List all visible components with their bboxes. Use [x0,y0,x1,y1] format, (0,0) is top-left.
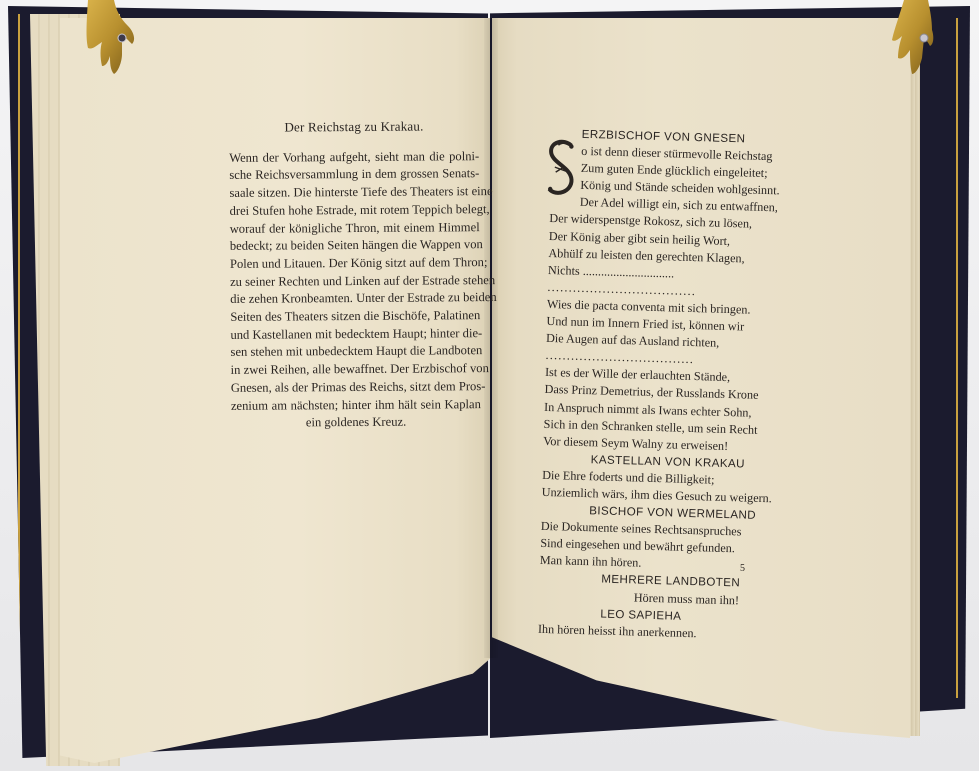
text-line: saale sitzen. Die hinterste Tiefe des Th… [229,183,479,202]
text-line: in zwei Reihen, alle bewaffnet. Der Erzb… [231,360,481,379]
right-page-text: Erzbischof von Gnesen o ist denn dieser … [538,125,782,644]
text-line: Seiten des Theaters sitzen die Bischöfe,… [230,307,480,326]
text-line: Wenn der Vorhang aufgeht, sieht man die … [229,148,479,167]
left-page-text: Der Reichstag zu Krakau. Wenn der Vorhan… [229,117,481,433]
text-line: drei Stufen hohe Estrade, mit rotem Tepp… [229,201,479,220]
text-line: zu seiner Rechten und Linken auf der Est… [230,272,480,291]
text-line: die zehen Kronbeamten. Unter der Estrade… [230,289,480,308]
text-line: Gnesen, als der Primas des Reichs, sitzt… [231,378,481,397]
book-photo: Der Reichstag zu Krakau. Wenn der Vorhan… [0,0,979,771]
text-line: sen stehen mit unbedecktem Haupt die Lan… [230,343,480,362]
brass-hand-clip-left-icon [80,0,140,78]
brass-hand-clip-right-icon [888,0,940,78]
text-line: und Kastellanen mit bedecktem Haupt; hin… [230,325,480,344]
text-line: Polen und Litauen. Der König sitzt auf d… [230,254,480,273]
text-line: worauf der königliche Thron, mit einem H… [230,219,480,238]
scene-title: Der Reichstag zu Krakau. [229,117,479,136]
text-line: sche Reichsversammlung in dem grossen Se… [229,166,479,185]
text-line: zenium am nächsten; hinter ihm hält sein… [231,396,481,415]
text-line: bedeckt; zu beiden Seiten hängen die Wap… [230,236,480,255]
text-line: ein goldenes Kreuz. [231,413,481,432]
decorative-dropcap-s-icon [546,139,578,198]
book-gutter [484,18,498,658]
page-number: 5 [740,563,745,574]
